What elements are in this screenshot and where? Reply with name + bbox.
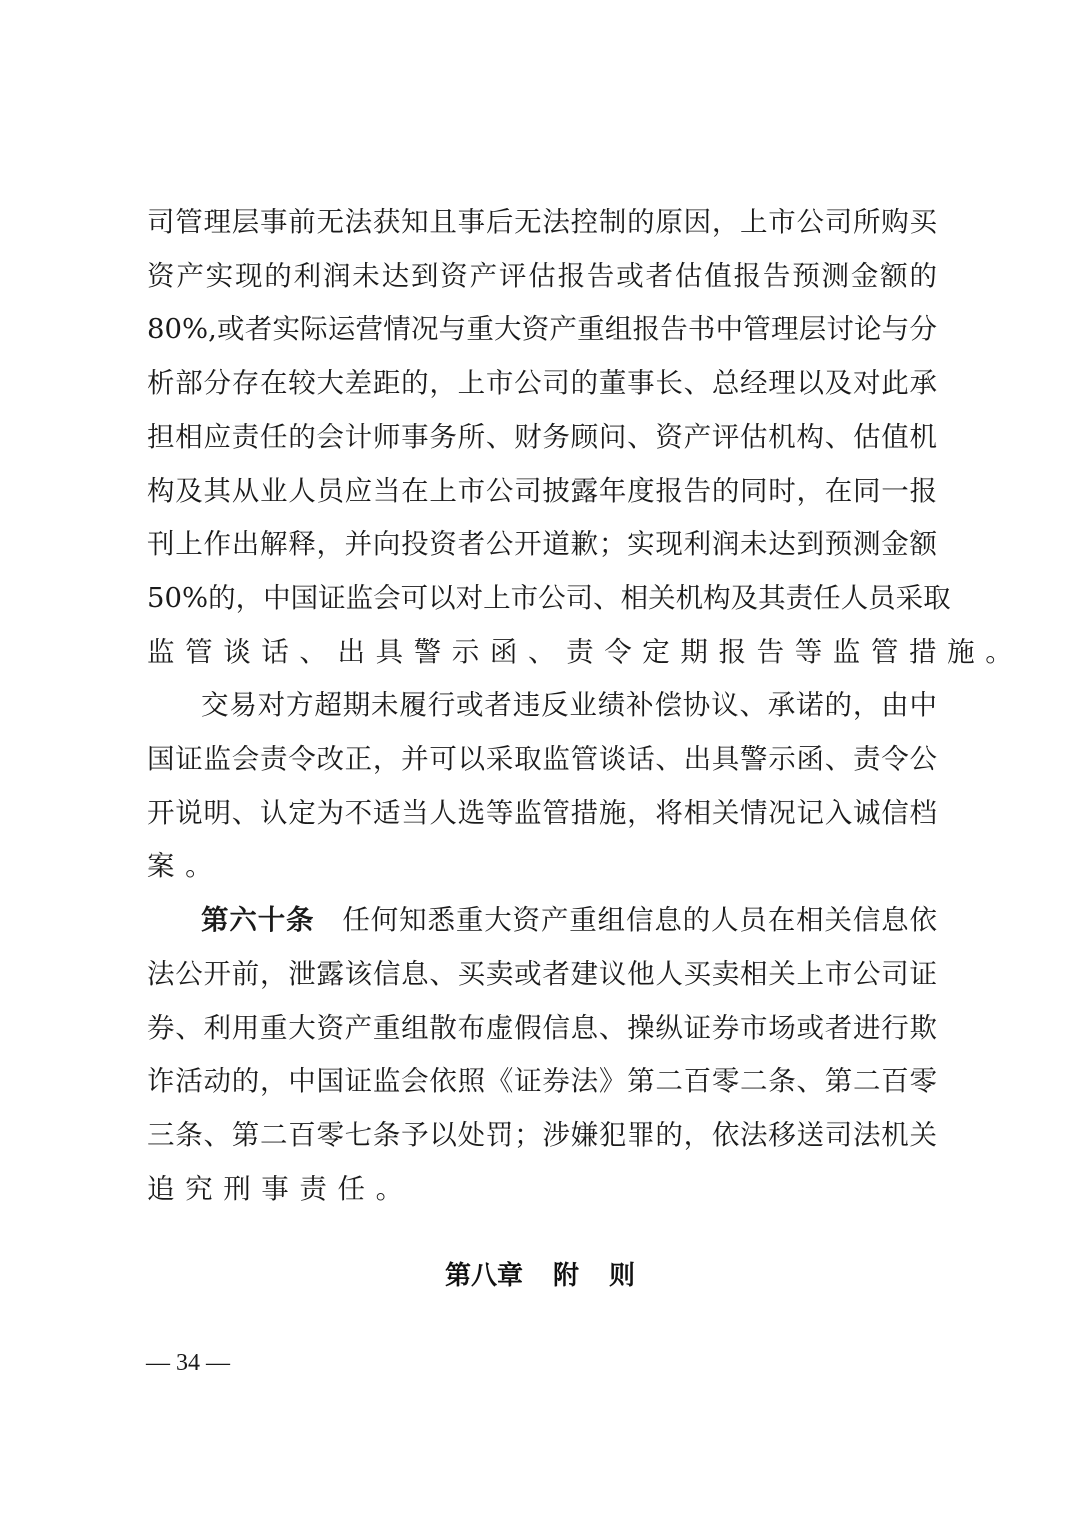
chapter-heading: 第八章附则	[0, 1254, 1080, 1298]
text-line: 资产实现的利润未达到资产评估报告或者估值报告预测金额的	[147, 249, 937, 303]
chapter-title-part: 则	[609, 1261, 635, 1291]
page-number: — 34 —	[146, 1348, 230, 1378]
article-label: 第六十条	[201, 904, 314, 936]
text-line: 法公开前，泄露该信息、买卖或者建议他人买卖相关上市公司证	[147, 947, 937, 1001]
text-line: 案。	[147, 839, 937, 893]
chapter-number: 第八章	[445, 1261, 523, 1291]
text-line: 担相应责任的会计师事务所、财务顾问、资产评估机构、估值机	[147, 410, 937, 464]
text-line: 50%的，中国证监会可以对上市公司、相关机构及其责任人员采取	[147, 571, 937, 625]
text-line: 追究刑事责任。	[147, 1162, 937, 1216]
text-line: 国证监会责令改正，并可以采取监管谈话、出具警示函、责令公	[147, 732, 937, 786]
text-line: 析部分存在较大差距的，上市公司的董事长、总经理以及对此承	[147, 356, 937, 410]
document-page: 司管理层事前无法获知且事后无法控制的原因，上市公司所购买 资产实现的利润未达到资…	[0, 0, 1080, 1527]
text-line: 诈活动的，中国证监会依照《证券法》第二百零二条、第二百零	[147, 1054, 937, 1108]
text-line: 司管理层事前无法获知且事后无法控制的原因，上市公司所购买	[147, 195, 937, 249]
text-span: 任何知悉重大资产重组信息的人员在相关信息依	[342, 904, 937, 936]
chapter-title-part: 附	[553, 1261, 579, 1291]
text-line: 80%,或者实际运营情况与重大资产重组报告书中管理层讨论与分	[147, 302, 937, 356]
text-line: 交易对方超期未履行或者违反业绩补偿协议、承诺的，由中	[147, 678, 937, 732]
text-line: 三条、第二百零七条予以处罚；涉嫌犯罪的，依法移送司法机关	[147, 1108, 937, 1162]
text-line: 券、利用重大资产重组散布虚假信息、操纵证券市场或者进行欺	[147, 1001, 937, 1055]
text-line: 开说明、认定为不适当人选等监管措施，将相关情况记入诚信档	[147, 786, 937, 840]
article-first-line: 第六十条任何知悉重大资产重组信息的人员在相关信息依	[147, 893, 937, 947]
text-line: 刊上作出解释，并向投资者公开道歉；实现利润未达到预测金额	[147, 517, 937, 571]
text-line: 监管谈话、出具警示函、责令定期报告等监管措施。	[147, 625, 937, 679]
text-line: 构及其从业人员应当在上市公司披露年度报告的同时，在同一报	[147, 464, 937, 518]
